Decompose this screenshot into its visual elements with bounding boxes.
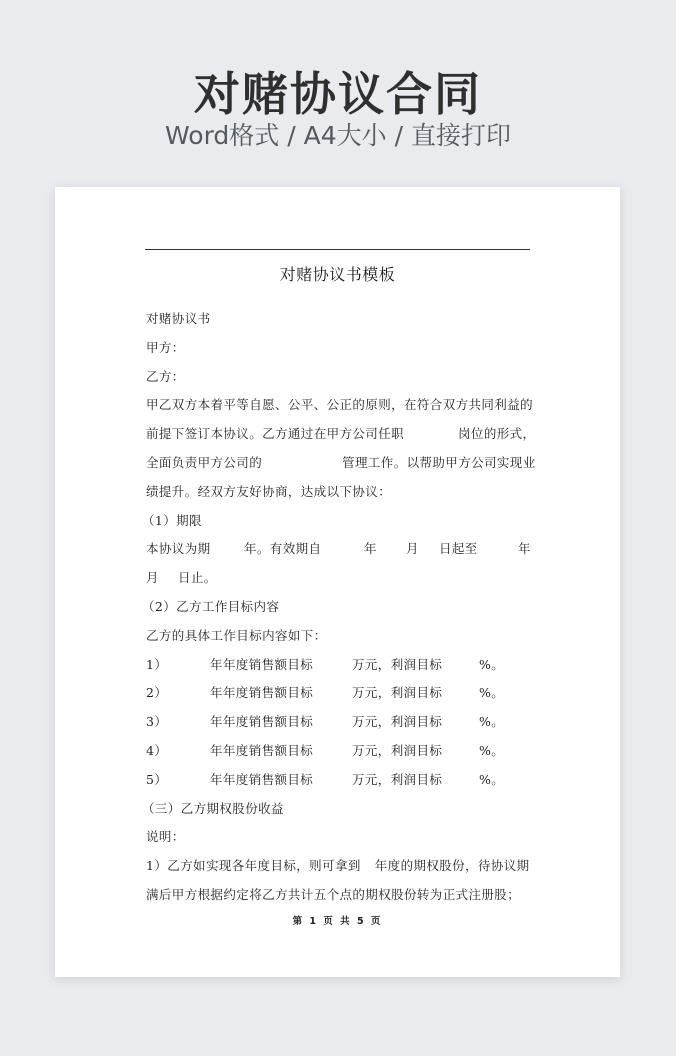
target-row: 2） 年年度销售额目标 万元，利润目标 %。 — [146, 679, 531, 708]
target-pct: %。 — [479, 679, 504, 708]
term-text: 年 — [364, 535, 377, 564]
target-num: 4） — [146, 737, 167, 766]
target-unit: 万元，利润目标 — [352, 737, 442, 766]
term-line-2: 月 日止。 — [146, 564, 531, 593]
term-text: 月 — [406, 535, 419, 564]
target-pct: %。 — [479, 737, 504, 766]
section-1-title: （1）期限 — [142, 507, 531, 536]
document-title: 对赌协议书模板 — [55, 263, 620, 287]
agreement-heading: 对赌协议书 — [146, 305, 531, 334]
target-num: 2） — [146, 679, 167, 708]
section-3-note-label: 说明： — [146, 823, 531, 852]
section-3-line-1: 1）乙方如实现各年度目标，则可拿到年度的期权股份，待协议期 — [146, 852, 531, 881]
target-sales: 年年度销售额目标 — [210, 737, 313, 766]
term-text: 年。有效期自 — [244, 535, 321, 564]
target-sales: 年年度销售额目标 — [210, 679, 313, 708]
target-num: 1） — [146, 651, 167, 680]
section-2-title: （2）乙方工作目标内容 — [142, 593, 531, 622]
target-row: 4） 年年度销售额目标 万元，利润目标 %。 — [146, 737, 531, 766]
term-text: 本协议为期 — [146, 535, 211, 564]
section-2-lead: 乙方的具体工作目标内容如下： — [146, 622, 531, 651]
target-sales: 年年度销售额目标 — [210, 766, 313, 795]
target-row: 3） 年年度销售额目标 万元，利润目标 %。 — [146, 708, 531, 737]
banner-title: 对赌协议合同 — [0, 66, 676, 122]
intro-line-2-b: 岗位的形式， — [458, 426, 535, 441]
party-b-label: 乙方： — [146, 363, 531, 392]
banner-subtitle: Word格式 / A4大小 / 直接打印 — [0, 118, 676, 154]
document-page: 对赌协议书模板 对赌协议书 甲方： 乙方： 甲乙双方本着平等自愿、公平、公正的原… — [55, 187, 620, 977]
target-unit: 万元，利润目标 — [352, 708, 442, 737]
term-text: 日起至 — [439, 535, 478, 564]
term-text: 年 — [518, 535, 531, 564]
header-rule — [145, 249, 530, 250]
section-3-title: （三）乙方期权股份收益 — [142, 795, 531, 824]
target-unit: 万元，利润目标 — [352, 651, 442, 680]
intro-line-2: 前提下签订本协议。乙方通过在甲方公司任职岗位的形式， — [146, 420, 531, 449]
party-a-label: 甲方： — [146, 334, 531, 363]
target-unit: 万元，利润目标 — [352, 679, 442, 708]
term-line-1: 本协议为期 年。有效期自 年 月 日起至 年 — [146, 535, 531, 564]
intro-line-4: 绩提升。经双方友好协商，达成以下协议： — [146, 478, 531, 507]
target-sales: 年年度销售额目标 — [210, 708, 313, 737]
target-pct: %。 — [479, 651, 504, 680]
target-row: 1） 年年度销售额目标 万元，利润目标 %。 — [146, 651, 531, 680]
section-3-line-1-a: 1）乙方如实现各年度目标，则可拿到 — [146, 858, 361, 873]
target-sales: 年年度销售额目标 — [210, 651, 313, 680]
section-3-line-1-b: 年度的期权股份，待协议期 — [375, 858, 530, 873]
intro-line-3-b: 管理工作。以帮助甲方公司实现业 — [342, 455, 536, 470]
intro-line-3-a: 全面负责甲方公司的 — [146, 455, 262, 470]
document-body: 对赌协议书 甲方： 乙方： 甲乙双方本着平等自愿、公平、公正的原则，在符合双方共… — [146, 305, 531, 910]
target-num: 3） — [146, 708, 167, 737]
intro-line-1: 甲乙双方本着平等自愿、公平、公正的原则，在符合双方共同利益的 — [146, 391, 531, 420]
page-number: 第 1 页 共 5 页 — [55, 913, 620, 927]
intro-line-3: 全面负责甲方公司的管理工作。以帮助甲方公司实现业 — [146, 449, 531, 478]
target-row: 5） 年年度销售额目标 万元，利润目标 %。 — [146, 766, 531, 795]
intro-line-2-a: 前提下签订本协议。乙方通过在甲方公司任职 — [146, 426, 404, 441]
term-text: 日止。 — [178, 564, 217, 593]
term-text: 月 — [146, 564, 159, 593]
target-pct: %。 — [479, 766, 504, 795]
target-pct: %。 — [479, 708, 504, 737]
target-num: 5） — [146, 766, 167, 795]
target-unit: 万元，利润目标 — [352, 766, 442, 795]
section-3-line-2: 满后甲方根据约定将乙方共计五个点的期权股份转为正式注册股； — [146, 881, 531, 910]
